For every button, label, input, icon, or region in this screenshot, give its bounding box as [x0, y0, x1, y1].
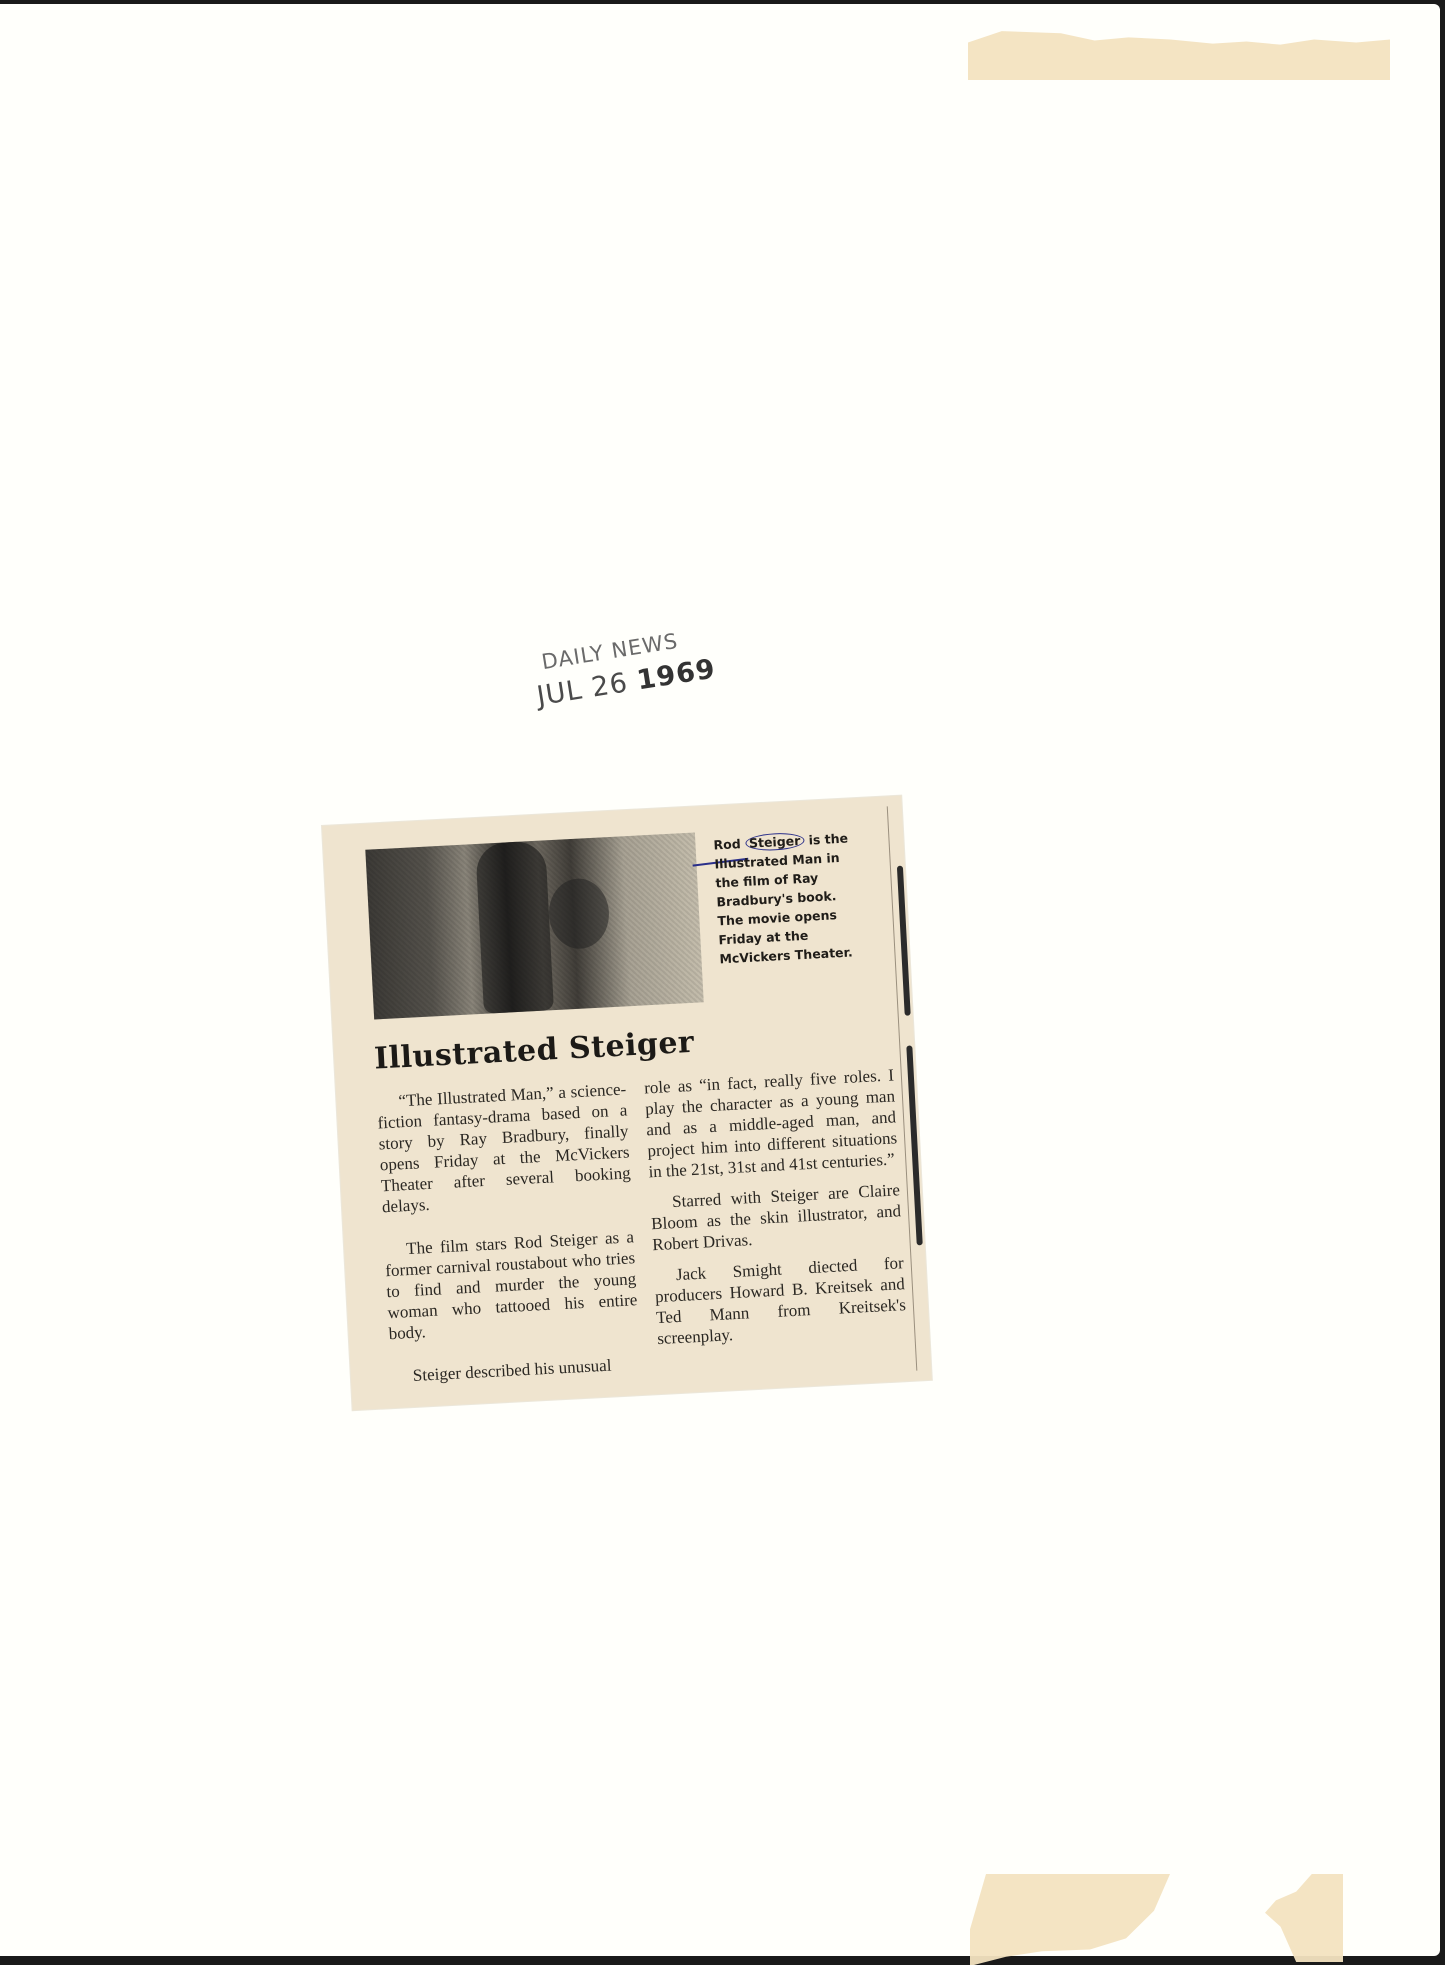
article-column-right: role as “in fact, really five roles. I p… — [644, 1064, 908, 1359]
mounting-sheet: DAILY NEWS JUL 26 1969 Rod Steiger is th… — [0, 4, 1440, 1956]
photo-figure — [475, 840, 554, 1013]
date-stamp: DAILY NEWS JUL 26 1969 — [530, 624, 718, 712]
caption-name-circled: Steiger — [745, 832, 805, 852]
paragraph: “The Illustrated Man,” a science-fiction… — [376, 1078, 632, 1217]
photo-caption: Rod Steiger is the Illustrated Man in th… — [713, 828, 860, 968]
stamp-year: 1969 — [635, 653, 718, 696]
tape-residue-top — [968, 28, 1390, 80]
tape-residue-bottom-left — [970, 1874, 1170, 1965]
caption-name-first: Rod — [713, 836, 741, 852]
photo-figure-arm — [547, 877, 611, 950]
tape-residue-bottom-right — [1265, 1874, 1343, 1962]
paragraph: Starred with Steiger are Claire Bloom as… — [650, 1179, 903, 1255]
halftone-photo — [365, 832, 703, 1019]
paragraph: Steiger described his unusual — [390, 1353, 641, 1387]
newspaper-clipping: Rod Steiger is the Illustrated Man in th… — [322, 796, 932, 1411]
article-headline: Illustrated Steiger — [373, 1025, 695, 1077]
stamp-month-day: JUL 26 — [535, 667, 630, 712]
edge-shadow — [897, 866, 911, 1016]
article-column-left: “The Illustrated Man,” a science-fiction… — [376, 1078, 642, 1397]
paragraph: role as “in fact, really five roles. I p… — [644, 1064, 899, 1182]
paragraph: Jack Smight diected for producers Howard… — [653, 1252, 907, 1349]
paragraph: The film stars Rod Steiger as a former c… — [384, 1226, 639, 1344]
